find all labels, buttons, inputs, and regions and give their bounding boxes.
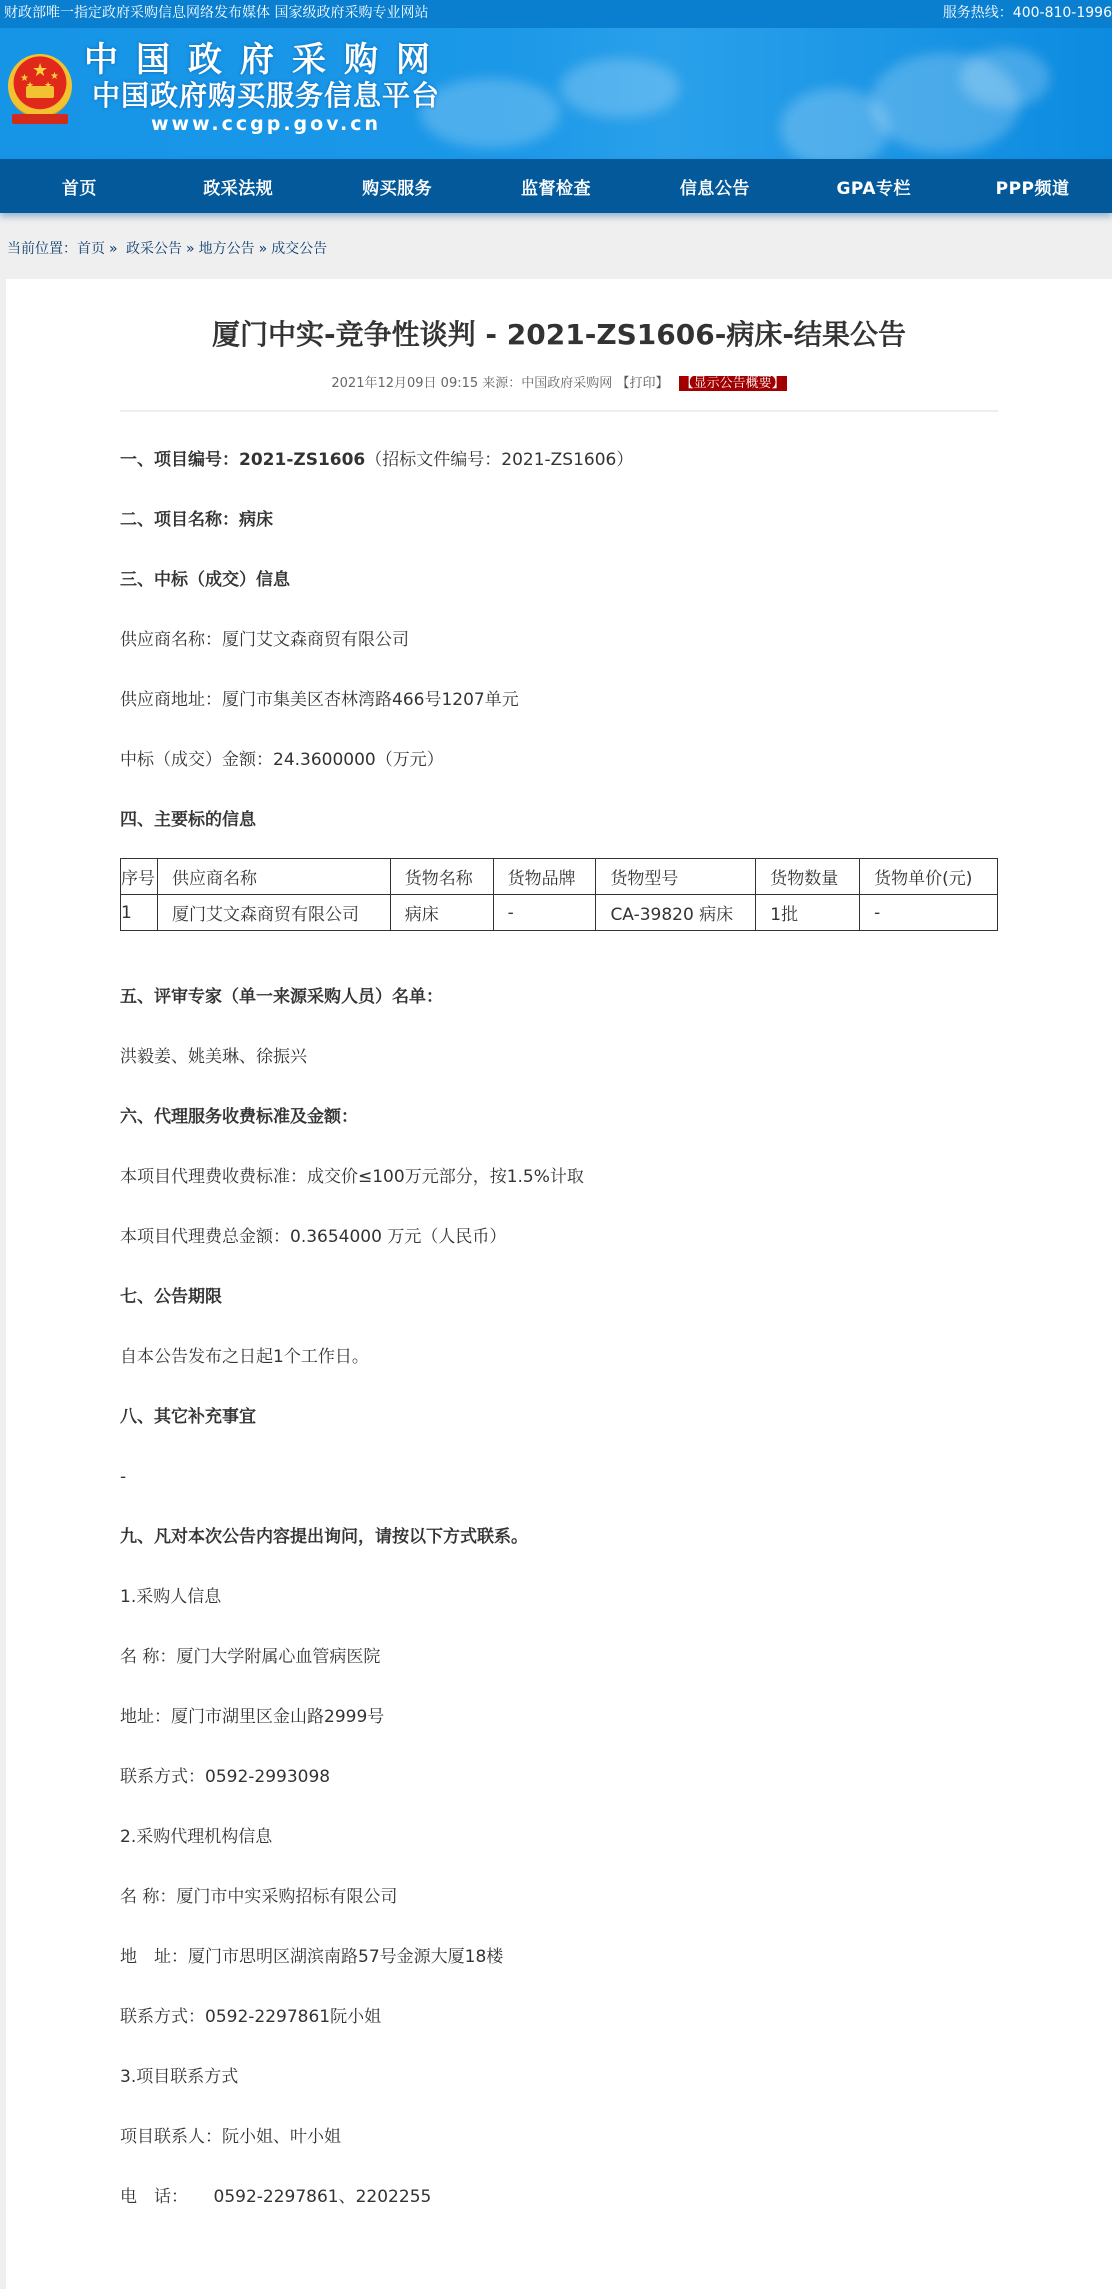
items-table: 序号 供应商名称 货物名称 货物品牌 货物型号 货物数量 货物单价(元) 1 厦… — [120, 858, 998, 931]
award-amount: 中标（成交）金额：24.3600000（万元） — [120, 748, 998, 772]
purchaser-info-title: 1.采购人信息 — [120, 1585, 998, 1609]
publish-datetime: 2021年12月09日 09:15 — [331, 376, 478, 391]
section-notice-period: 七、公告期限 — [120, 1285, 998, 1309]
breadcrumb-deal-notices[interactable]: 成交公告 — [271, 241, 327, 257]
section-supplementary: 八、其它补充事宜 — [120, 1405, 998, 1429]
breadcrumb-home[interactable]: 首页 — [77, 241, 105, 257]
section-project-name: 二、项目名称：病床 — [120, 508, 998, 532]
national-emblem-icon: ★ ★ ★ ★ ★ — [6, 52, 74, 124]
logo-subtitle: 中国政府购买服务信息平台 — [84, 80, 448, 112]
nav-purchase-services[interactable]: 购买服务 — [318, 174, 477, 199]
breadcrumb-separator: » — [259, 241, 268, 257]
supplementary-text: - — [120, 1465, 998, 1489]
main-nav: 首页 政采法规 购买服务 监督检查 信息公告 GPA专栏 PPP频道 — [0, 159, 1112, 213]
table-header-cell: 货物品牌 — [494, 864, 596, 889]
table-cell: 1批 — [756, 900, 859, 925]
article-title: 厦门中实-竞争性谈判 - 2021-ZS1606-病床-结果公告 — [6, 279, 1112, 353]
project-number: 一、项目编号：2021-ZS1606 — [120, 450, 365, 470]
article-container: 厦门中实-竞争性谈判 - 2021-ZS1606-病床-结果公告 2021年12… — [6, 279, 1112, 2289]
nav-home[interactable]: 首页 — [0, 174, 159, 199]
source-name: 中国政府采购网 — [521, 376, 612, 391]
table-header-cell: 货物型号 — [596, 864, 755, 889]
supplier-address: 供应商地址：厦门市集美区杏林湾路466号1207单元 — [120, 688, 998, 712]
logo-url: www.ccgp.gov.cn — [84, 112, 448, 136]
logo-title: 中国政府采购网 — [84, 40, 448, 80]
section-award-info: 三、中标（成交）信息 — [120, 568, 998, 592]
fee-total: 本项目代理费总金额：0.3654000 万元（人民币） — [120, 1225, 998, 1249]
show-summary-button[interactable]: 【显示公告概要】 — [679, 376, 787, 391]
nav-ppp[interactable]: PPP频道 — [953, 174, 1112, 199]
section-agency-fee: 六、代理服务收费标准及金额： — [120, 1105, 998, 1129]
section-main-items: 四、主要标的信息 — [120, 808, 998, 832]
agency-name: 名 称：厦门市中实采购招标有限公司 — [120, 1885, 998, 1909]
table-header-cell: 货物名称 — [391, 864, 493, 889]
article-body: 一、项目编号：2021-ZS1606（招标文件编号：2021-ZS1606） 二… — [120, 448, 998, 2209]
table-header-cell: 序号 — [121, 864, 157, 889]
breadcrumb-local-notices[interactable]: 地方公告 — [199, 241, 255, 257]
table-header-cell: 供应商名称 — [158, 864, 390, 889]
breadcrumb: 当前位置：首页» 政采公告»地方公告»成交公告 — [0, 213, 1112, 279]
table-row: 1 厦门艾文森商贸有限公司 病床 - CA-39820 病床 1批 - — [121, 895, 998, 931]
print-link[interactable]: 【打印】 — [616, 376, 668, 391]
agency-contact: 联系方式：0592-2297861阮小姐 — [120, 2005, 998, 2029]
project-phone: 电 话： 0592-2297861、2202255 — [120, 2185, 998, 2209]
table-cell: 厦门艾文森商贸有限公司 — [158, 900, 390, 925]
breadcrumb-procurement-notices[interactable]: 政采公告 — [126, 241, 182, 257]
table-cell: - — [860, 903, 997, 923]
nav-gpa[interactable]: GPA专栏 — [794, 174, 953, 199]
agency-address: 地 址：厦门市思明区湖滨南路57号金源大厦18楼 — [120, 1945, 998, 1969]
site-banner: ★ ★ ★ ★ ★ 中国政府采购网 中国政府购买服务信息平台 www.ccgp.… — [0, 28, 1112, 159]
section-project-number: 一、项目编号：2021-ZS1606（招标文件编号：2021-ZS1606） — [120, 448, 998, 472]
nav-regulations[interactable]: 政采法规 — [159, 174, 318, 199]
table-cell: CA-39820 病床 — [596, 900, 755, 925]
purchaser-address: 地址：厦门市湖里区金山路2999号 — [120, 1705, 998, 1729]
site-slogan: 财政部唯一指定政府采购信息网络发布媒体 国家级政府采购专业网站 — [4, 0, 428, 28]
notice-period-text: 自本公告发布之日起1个工作日。 — [120, 1345, 998, 1369]
project-contact-person: 项目联系人：阮小姐、叶小姐 — [120, 2125, 998, 2149]
table-cell: - — [494, 903, 596, 923]
service-hotline: 服务热线：400-810-1996 — [943, 0, 1112, 28]
source-label: 来源： — [482, 376, 521, 391]
agency-info-title: 2.采购代理机构信息 — [120, 1825, 998, 1849]
nav-supervision[interactable]: 监督检查 — [477, 174, 636, 199]
tender-file-number: （招标文件编号：2021-ZS1606） — [365, 450, 633, 470]
fee-standard: 本项目代理费收费标准：成交价≤100万元部分，按1.5%计取 — [120, 1165, 998, 1189]
divider — [120, 410, 998, 412]
table-cell: 病床 — [391, 900, 493, 925]
section-contact: 九、凡对本次公告内容提出询问，请按以下方式联系。 — [120, 1525, 998, 1549]
table-header-cell: 货物单价(元) — [860, 864, 997, 889]
breadcrumb-separator: » — [186, 241, 195, 257]
top-strip: 财政部唯一指定政府采购信息网络发布媒体 国家级政府采购专业网站 服务热线：400… — [0, 0, 1112, 28]
table-header-cell: 货物数量 — [756, 864, 859, 889]
site-logo[interactable]: ★ ★ ★ ★ ★ 中国政府采购网 中国政府购买服务信息平台 www.ccgp.… — [6, 40, 448, 136]
expert-list: 洪毅姜、姚美琳、徐振兴 — [120, 1045, 998, 1069]
project-contact-title: 3.项目联系方式 — [120, 2065, 998, 2089]
purchaser-name: 名 称：厦门大学附属心血管病医院 — [120, 1645, 998, 1669]
breadcrumb-prefix: 当前位置： — [7, 241, 77, 257]
table-cell: 1 — [121, 903, 157, 923]
article-meta: 2021年12月09日 09:15 来源：中国政府采购网 【打印】 【显示公告概… — [6, 375, 1112, 393]
nav-announcements[interactable]: 信息公告 — [635, 174, 794, 199]
section-experts: 五、评审专家（单一来源采购人员）名单： — [120, 985, 998, 1009]
breadcrumb-separator: » — [109, 241, 118, 257]
supplier-name: 供应商名称：厦门艾文森商贸有限公司 — [120, 628, 998, 652]
table-header-row: 序号 供应商名称 货物名称 货物品牌 货物型号 货物数量 货物单价(元) — [121, 859, 998, 895]
purchaser-contact: 联系方式：0592-2993098 — [120, 1765, 998, 1789]
